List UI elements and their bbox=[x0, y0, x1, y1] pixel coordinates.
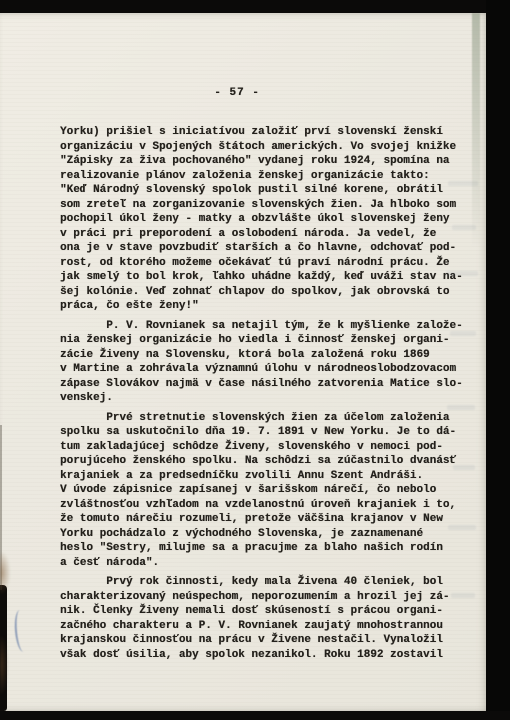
scan-border-top bbox=[0, 0, 510, 13]
bleedthrough-mark bbox=[453, 465, 475, 470]
scan-border-bottom bbox=[0, 711, 510, 720]
ink-stain bbox=[0, 552, 10, 594]
paragraph: Prvé stretnutie slovenských žien za účel… bbox=[60, 411, 463, 571]
ink-stain bbox=[0, 636, 8, 694]
page-body-text: Yorku) prišiel s iniciatívou založiť prv… bbox=[60, 125, 463, 662]
paragraph: Prvý rok činnosti, kedy mala Živena 40 č… bbox=[60, 575, 463, 662]
page-number: - 57 - bbox=[60, 87, 414, 99]
bleedthrough-mark bbox=[446, 271, 478, 276]
paper-edge-shade bbox=[472, 13, 480, 248]
scan-border-right bbox=[486, 0, 510, 720]
bleedthrough-mark bbox=[450, 331, 476, 336]
bleedthrough-mark bbox=[448, 525, 476, 530]
bleedthrough-mark bbox=[447, 405, 475, 410]
scanned-book-page: - 57 - Yorku) prišiel s iniciatívou zalo… bbox=[0, 0, 510, 720]
bleedthrough-mark bbox=[451, 593, 475, 598]
paragraph: Yorku) prišiel s iniciatívou založiť prv… bbox=[60, 125, 463, 314]
paragraph: P. V. Rovnianek sa netajil tým, že k myš… bbox=[60, 319, 463, 406]
page-paper: - 57 - Yorku) prišiel s iniciatívou zalo… bbox=[0, 13, 487, 711]
